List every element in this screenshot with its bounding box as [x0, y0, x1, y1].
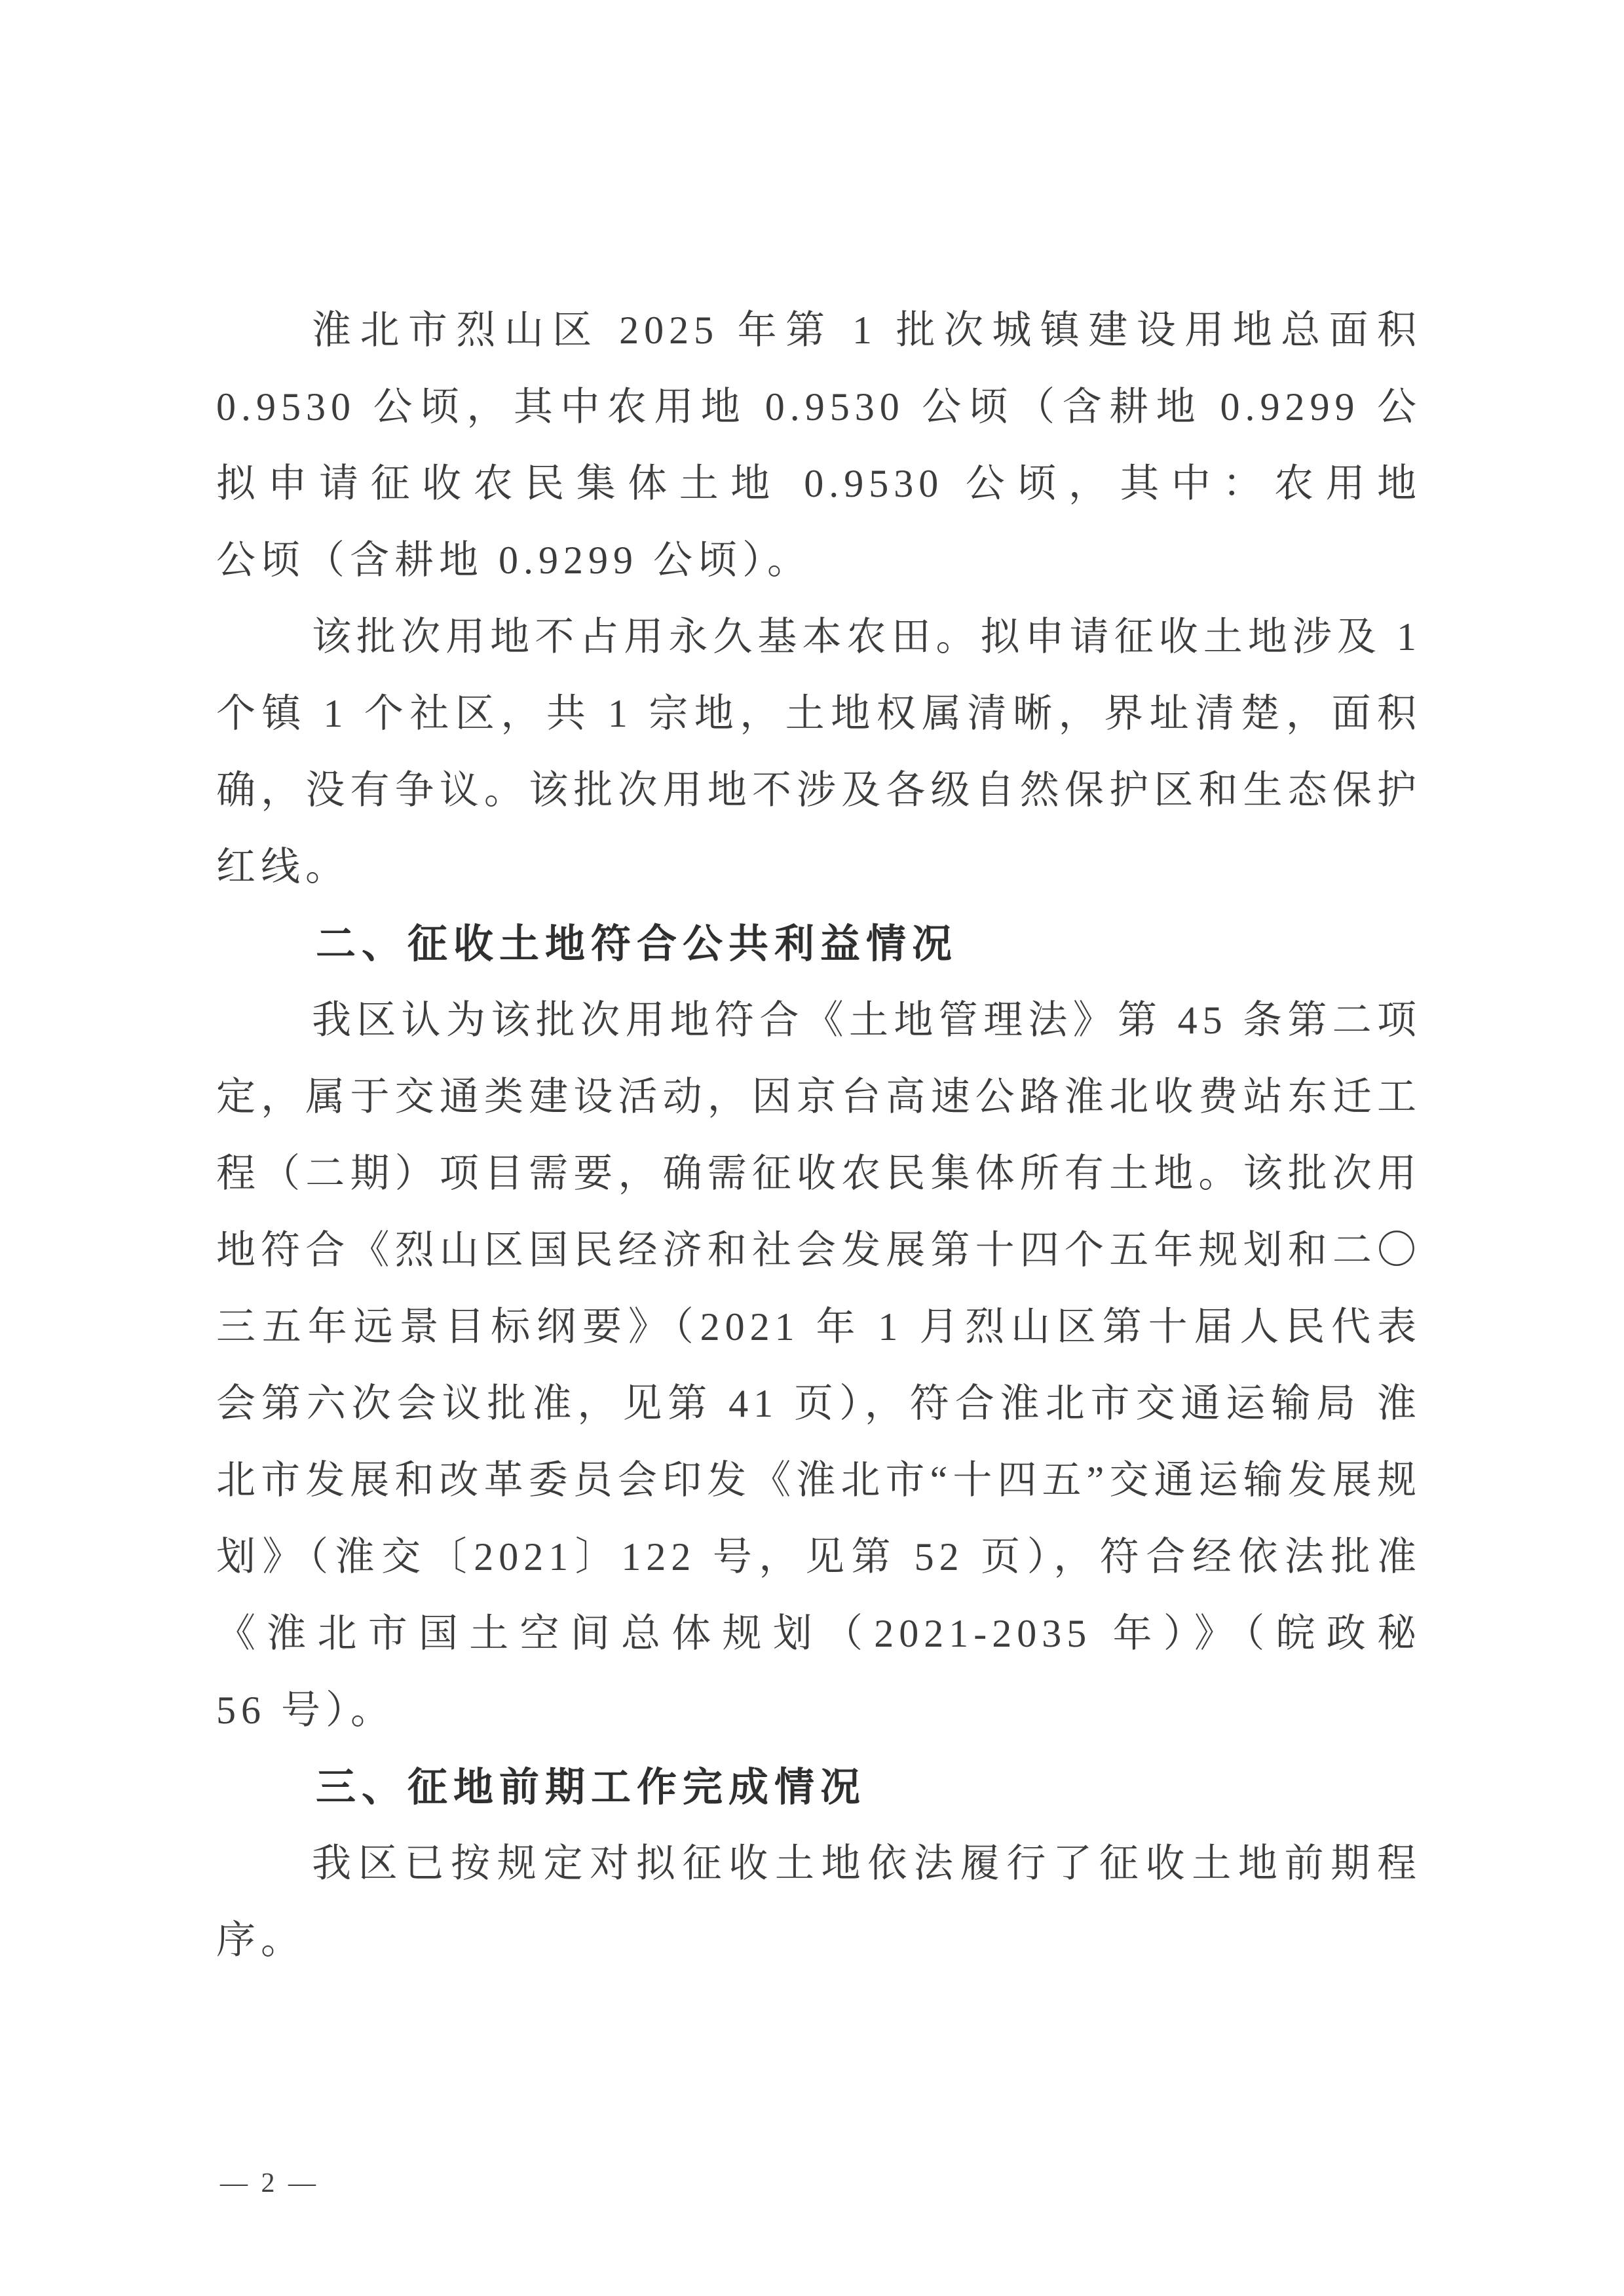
document-page: 淮北市烈山区 2025 年第 1 批次城镇建设用地总面积 0.9530 公顷，其…: [0, 0, 1624, 2296]
text-line: 确，没有争议。该批次用地不涉及各级自然保护区和生态保护: [216, 752, 1422, 829]
section-heading-3: 三、征地前期工作完成情况: [216, 1749, 1422, 1826]
text-line: 地符合《烈山区国民经济和社会发展第十四个五年规划和二〇: [216, 1212, 1422, 1289]
text-line: 定，属于交通类建设活动，因京台高速公路淮北收费站东迁工: [216, 1059, 1422, 1136]
text-line: 拟申请征收农民集体土地 0.9530 公顷，其中：农用地 0.9530: [216, 446, 1422, 522]
text-line: 个镇 1 个社区，共 1 宗地，土地权属清晰，界址清楚，面积准: [216, 676, 1422, 752]
text-line: 0.9530 公顷，其中农用地 0.9530 公顷（含耕地 0.9299 公顷）…: [216, 369, 1422, 446]
text-line: 红线。: [216, 829, 1422, 906]
section-heading-2: 二、征收土地符合公共利益情况: [216, 906, 1422, 982]
text-line: 公顷（含耕地 0.9299 公顷）。: [216, 522, 1422, 599]
text-line: 《淮北市国土空间总体规划（2021-2035 年）》（皖政秘〔2024〕: [216, 1596, 1422, 1672]
text-line: 划》（淮交〔2021〕122 号，见第 52 页），符合经依法批准的: [216, 1519, 1422, 1596]
text-line: 程（二期）项目需要，确需征收农民集体所有土地。该批次用: [216, 1136, 1422, 1212]
text-line: 序。: [216, 1902, 1422, 1979]
text-line: 该批次用地不占用永久基本农田。拟申请征收土地涉及 1: [216, 599, 1422, 676]
text-line: 56 号）。: [216, 1672, 1422, 1749]
page-number: — 2 —: [220, 2164, 319, 2203]
text-line: 北市发展和改革委员会印发《淮北市“十四五”交通运输发展规: [216, 1442, 1422, 1519]
text-line: 淮北市烈山区 2025 年第 1 批次城镇建设用地总面积: [216, 292, 1422, 369]
text-line: 我区认为该批次用地符合《土地管理法》第 45 条第二项规: [216, 982, 1422, 1059]
document-body: 淮北市烈山区 2025 年第 1 批次城镇建设用地总面积 0.9530 公顷，其…: [216, 292, 1422, 1979]
text-line: 三五年远景目标纲要》（2021 年 1 月烈山区第十届人民代表大: [216, 1289, 1422, 1366]
text-line: 会第六次会议批准，见第 41 页），符合淮北市交通运输局 淮: [216, 1366, 1422, 1442]
text-line: 我区已按规定对拟征收土地依法履行了征收土地前期程: [216, 1826, 1422, 1902]
